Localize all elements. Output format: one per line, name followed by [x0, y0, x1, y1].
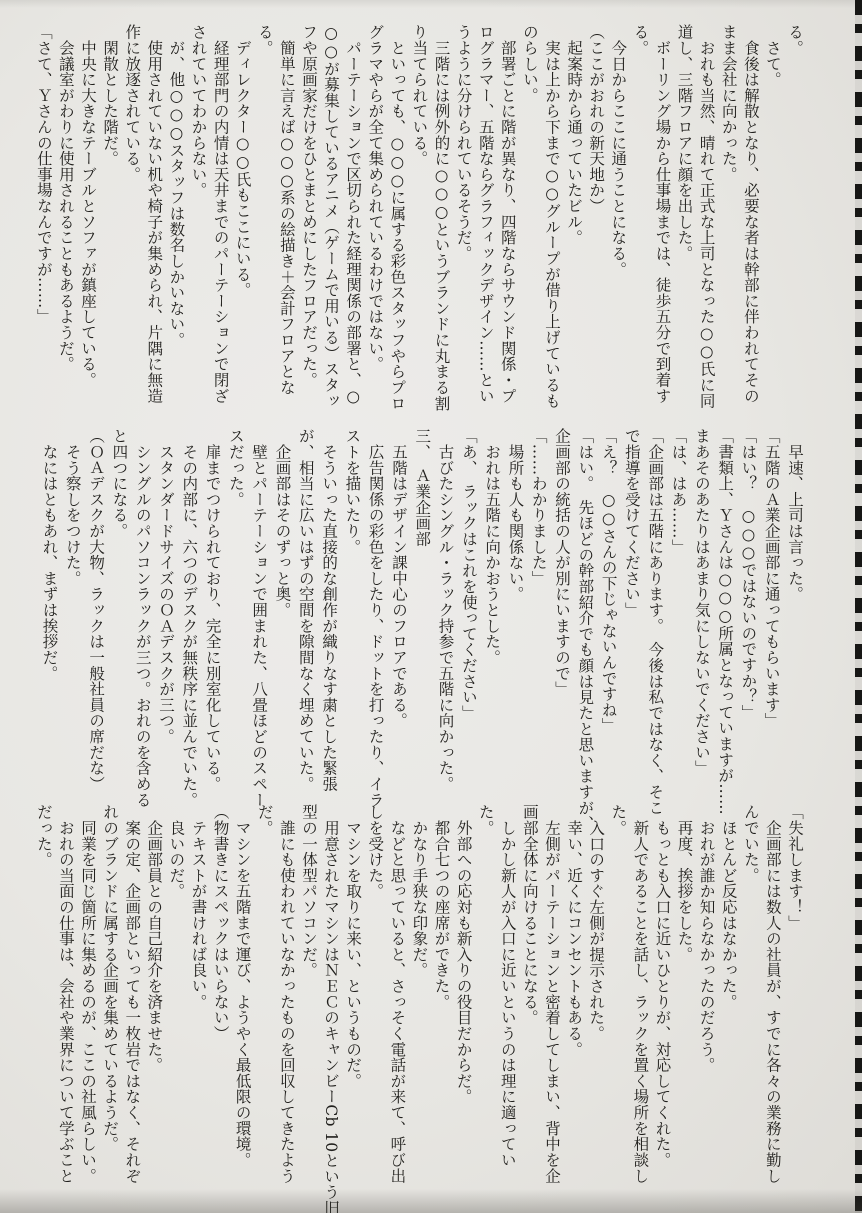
text-column: 起案時から通っていたビル。: [563, 24, 585, 398]
text-column: 「さて、Ｙさんの仕事場なんですが……」: [33, 24, 55, 398]
text-column: テキストが書ければ良い。: [187, 804, 209, 1192]
text-column: 都合七つの座席ができた。: [430, 804, 452, 1192]
text-column: まま会社に向かった。: [718, 24, 740, 398]
text-column: 画部全体に向けることになる。: [519, 804, 541, 1192]
text-band-2: 早速、上司は言った。「五階のＡ業企画部に通ってもらいます」「はい？ ○○○ではな…: [30, 428, 806, 794]
text-column: と四つになる。: [107, 428, 130, 794]
text-column: パーテーションで区切られた経理関係の部署と、○: [342, 24, 364, 398]
text-column: 「五階のＡ業企画部に通ってもらいます」: [759, 428, 782, 794]
text-column: 「書類上、Ｙさんは○○○所属となっていますが……: [713, 428, 736, 794]
text-column: 「失礼します！」: [784, 804, 806, 1192]
text-column: なにはともあれ、まずは挨拶だ。: [37, 428, 60, 794]
text-column: スタンダードサイズのＯＡデスクが三つ。: [154, 428, 177, 794]
scan-top-shadow: [0, 0, 862, 8]
text-column: 「え？ ○○さんの下じゃないんですね」: [596, 428, 619, 794]
text-column: 古びたシングル・ラック持参で五階に向かった。: [433, 428, 456, 794]
text-column: といっても、○○○に属する彩色スタッフやらプロ: [386, 24, 408, 398]
text-column: る。: [254, 24, 276, 398]
text-column: 幸い、近くにコンセントもある。: [563, 804, 585, 1192]
text-column: ほとんど反応はなかった。: [718, 804, 740, 1192]
text-column: 案の定、企画部といっても一枚岩ではなく、それぞ: [121, 804, 143, 1192]
text-column: 入口のすぐ左側が提示された。: [585, 804, 607, 1192]
text-column: が、相当に広いはずの空間を隙間なく埋めていた。: [293, 428, 316, 794]
text-column: る。: [629, 24, 651, 398]
text-column: 簡単に言えば○○○系の絵描き＋会計フロアとな: [276, 24, 298, 398]
text-column: 「はい？ ○○○ではないのですか？」: [736, 428, 759, 794]
text-column: （ここがおれの新天地か）: [585, 24, 607, 398]
text-column: おれが誰か知らなかったのだろう。: [696, 804, 718, 1192]
text-column: が、他○○○スタッフは数名しかいない。: [165, 24, 187, 398]
text-column: 閑散とした階だ。: [99, 24, 121, 398]
text-column: 型の一体型パソコンだ。: [298, 804, 320, 1192]
text-column: もっとも入口に近いひとりが、対応してくれた。: [651, 804, 673, 1192]
text-column: 道し、三階フロアに顔を出した。: [673, 24, 695, 398]
text-column: 新人であることを話し、ラックを置く場所を相談し: [629, 804, 651, 1192]
text-column: その内部に、六つのデスクが無秩序に並んでいた。: [177, 428, 200, 794]
text-column: 作に放逐されている。: [121, 24, 143, 398]
text-column: 「はい。 先ほどの幹部紹介でも顔は見たと思いますが、: [573, 428, 596, 794]
text-column: で指導を受けてください」: [620, 428, 643, 794]
text-column: おれも当然、晴れて正式な上司となった○○氏に同: [696, 24, 718, 398]
text-column: る。: [784, 24, 806, 398]
text-column: 中央に大きなテーブルとソファが鎮座している。: [77, 24, 99, 398]
text-column: だ。: [254, 804, 276, 1192]
text-column: おれの当面の仕事は、会社や業界について学ぶこと: [55, 804, 77, 1192]
binding-edge-marks: [855, 0, 862, 1213]
text-column: 壁とパーテーションで囲まれた、八畳ほどのスペー: [247, 428, 270, 794]
text-column: た。: [607, 804, 629, 1192]
text-column: （物書きにスペックはいらない）: [209, 804, 231, 1192]
text-column: されていてわからない。: [187, 24, 209, 398]
text-column: 実は上から下まで○○グループが借り上げているも: [541, 24, 563, 398]
text-column: 企画部員との自己紹介を済ませた。: [143, 804, 165, 1192]
text-column: しを受けた。: [364, 804, 386, 1192]
text-column: 企画部の統括の人が別にいますので」: [550, 428, 573, 794]
text-column: た。: [475, 804, 497, 1192]
text-column: かなり手狭な印象だ。: [408, 804, 430, 1192]
text-band-3: 「失礼します！」 企画部には数人の社員が、すでに各々の業務に勤しんでいた。 ほと…: [30, 804, 806, 1192]
text-column: んでいた。: [740, 804, 762, 1192]
scanned-page: る。 さて。 食後は解散となり、必要な者は幹部に伴われてそのまま会社に向かった。…: [0, 0, 862, 1213]
text-column: 「……わかりました」: [526, 428, 549, 794]
scan-bottom-shadow: [0, 1189, 862, 1213]
text-column: 食後は解散となり、必要な者は幹部に伴われてその: [740, 24, 762, 398]
text-column: ディレクター○○氏もここにいる。: [232, 24, 254, 398]
text-column: そういった直接的な創作が織りなす粛とした緊張: [317, 428, 340, 794]
text-column: 経理部門の内情は天井までのパーテーションで閉ざ: [209, 24, 231, 398]
text-column: 部署ごとに階が異なり、四階ならサウンド関係・プ: [497, 24, 519, 398]
text-column: ボーリング場から仕事場までは、徒歩五分で到着す: [651, 24, 673, 398]
text-column: 「あ、 ラックはこれを使ってください」: [457, 428, 480, 794]
text-column: シングルのパソコンラックが三つ。おれのを含める: [130, 428, 153, 794]
text-column: ストを描いたり。: [340, 428, 363, 794]
text-column: 場所も人も関係ない。: [503, 428, 526, 794]
text-column: 良いのだ。: [165, 804, 187, 1192]
text-column: 左側がパーテーションと密着してしまい、背中を企: [541, 804, 563, 1192]
text-column: 企画部には数人の社員が、すでに各々の業務に勤し: [762, 804, 784, 1192]
text-band-1: る。 さて。 食後は解散となり、必要な者は幹部に伴われてそのまま会社に向かった。…: [30, 24, 806, 398]
text-column: り当てられている。: [408, 24, 430, 398]
text-column: おれは五階に向かおうとした。: [480, 428, 503, 794]
text-column: 三、 Ａ業企画部: [410, 428, 433, 794]
text-column: 会議室がわりに使用されることもあるようだ。: [55, 24, 77, 398]
text-column: 三階には例外的に○○○というブランドに丸まる割: [430, 24, 452, 398]
text-column: 扉までつけられており、完全に別室化している。: [200, 428, 223, 794]
text-column: まあそのあたりはあまり気にしないでください」: [690, 428, 713, 794]
text-column: 早速、上司は言った。: [783, 428, 806, 794]
text-column: 今日からここに通うことになる。: [607, 24, 629, 398]
text-column: などと思っていると、さっそく電話が来て、呼び出: [386, 804, 408, 1192]
text-column: フや原画家だけをひとまとめにしたフロアだった。: [298, 24, 320, 398]
text-column: 「企画部は五階にあります。 今後は私ではなく、そこ: [643, 428, 666, 794]
text-column: 同業を同じ箇所に集めるのが、ここの社風らしい。: [77, 804, 99, 1192]
text-column: 用意されたマシンはＮＥＣのキャンビーCb 10という旧: [320, 804, 342, 1192]
text-column: 外部への応対も新入りの役目だからだ。: [453, 804, 475, 1192]
text-column: さて。: [762, 24, 784, 398]
text-column: マシンを取りに来い、というものだ。: [342, 804, 364, 1192]
text-column: しかし新人が入口に近いというのは理に適ってい: [497, 804, 519, 1192]
text-column: 五階はデザイン課中心のフロアである。: [387, 428, 410, 794]
text-column: グラマやらが全て集められているわけではない。: [364, 24, 386, 398]
text-column: ○○が募集しているアニメ（ゲームで用いる）スタッ: [320, 24, 342, 398]
text-column: ログラマー、五階ならグラフィックデザイン……とい: [475, 24, 497, 398]
text-column: 「は、はあ……」: [666, 428, 689, 794]
text-column: れのブランドに属する企画を集めているようだ。: [99, 804, 121, 1192]
text-column: のらしい。: [519, 24, 541, 398]
text-column: 再度、挨拶をした。: [673, 804, 695, 1192]
text-column: 企画部はそのずっと奥。: [270, 428, 293, 794]
text-column: うように分けられているそうだ。: [453, 24, 475, 398]
text-column: 使用されていない机や椅子が集められ、片隅に無造: [143, 24, 165, 398]
text-column: マシンを五階まで運び、ようやく最低限の環境。: [232, 804, 254, 1192]
text-column: 誰にも使われていなかったものを回収してきたよう: [276, 804, 298, 1192]
text-column: スだった。: [224, 428, 247, 794]
text-column: （ＯＡデスクが大物、ラックは一般社員の席だな）: [84, 428, 107, 794]
text-column: そう察しをつけた。: [61, 428, 84, 794]
text-column: 広告関係の彩色をしたり、ドットを打ったり、イラ: [363, 428, 386, 794]
text-column: だった。: [33, 804, 55, 1192]
